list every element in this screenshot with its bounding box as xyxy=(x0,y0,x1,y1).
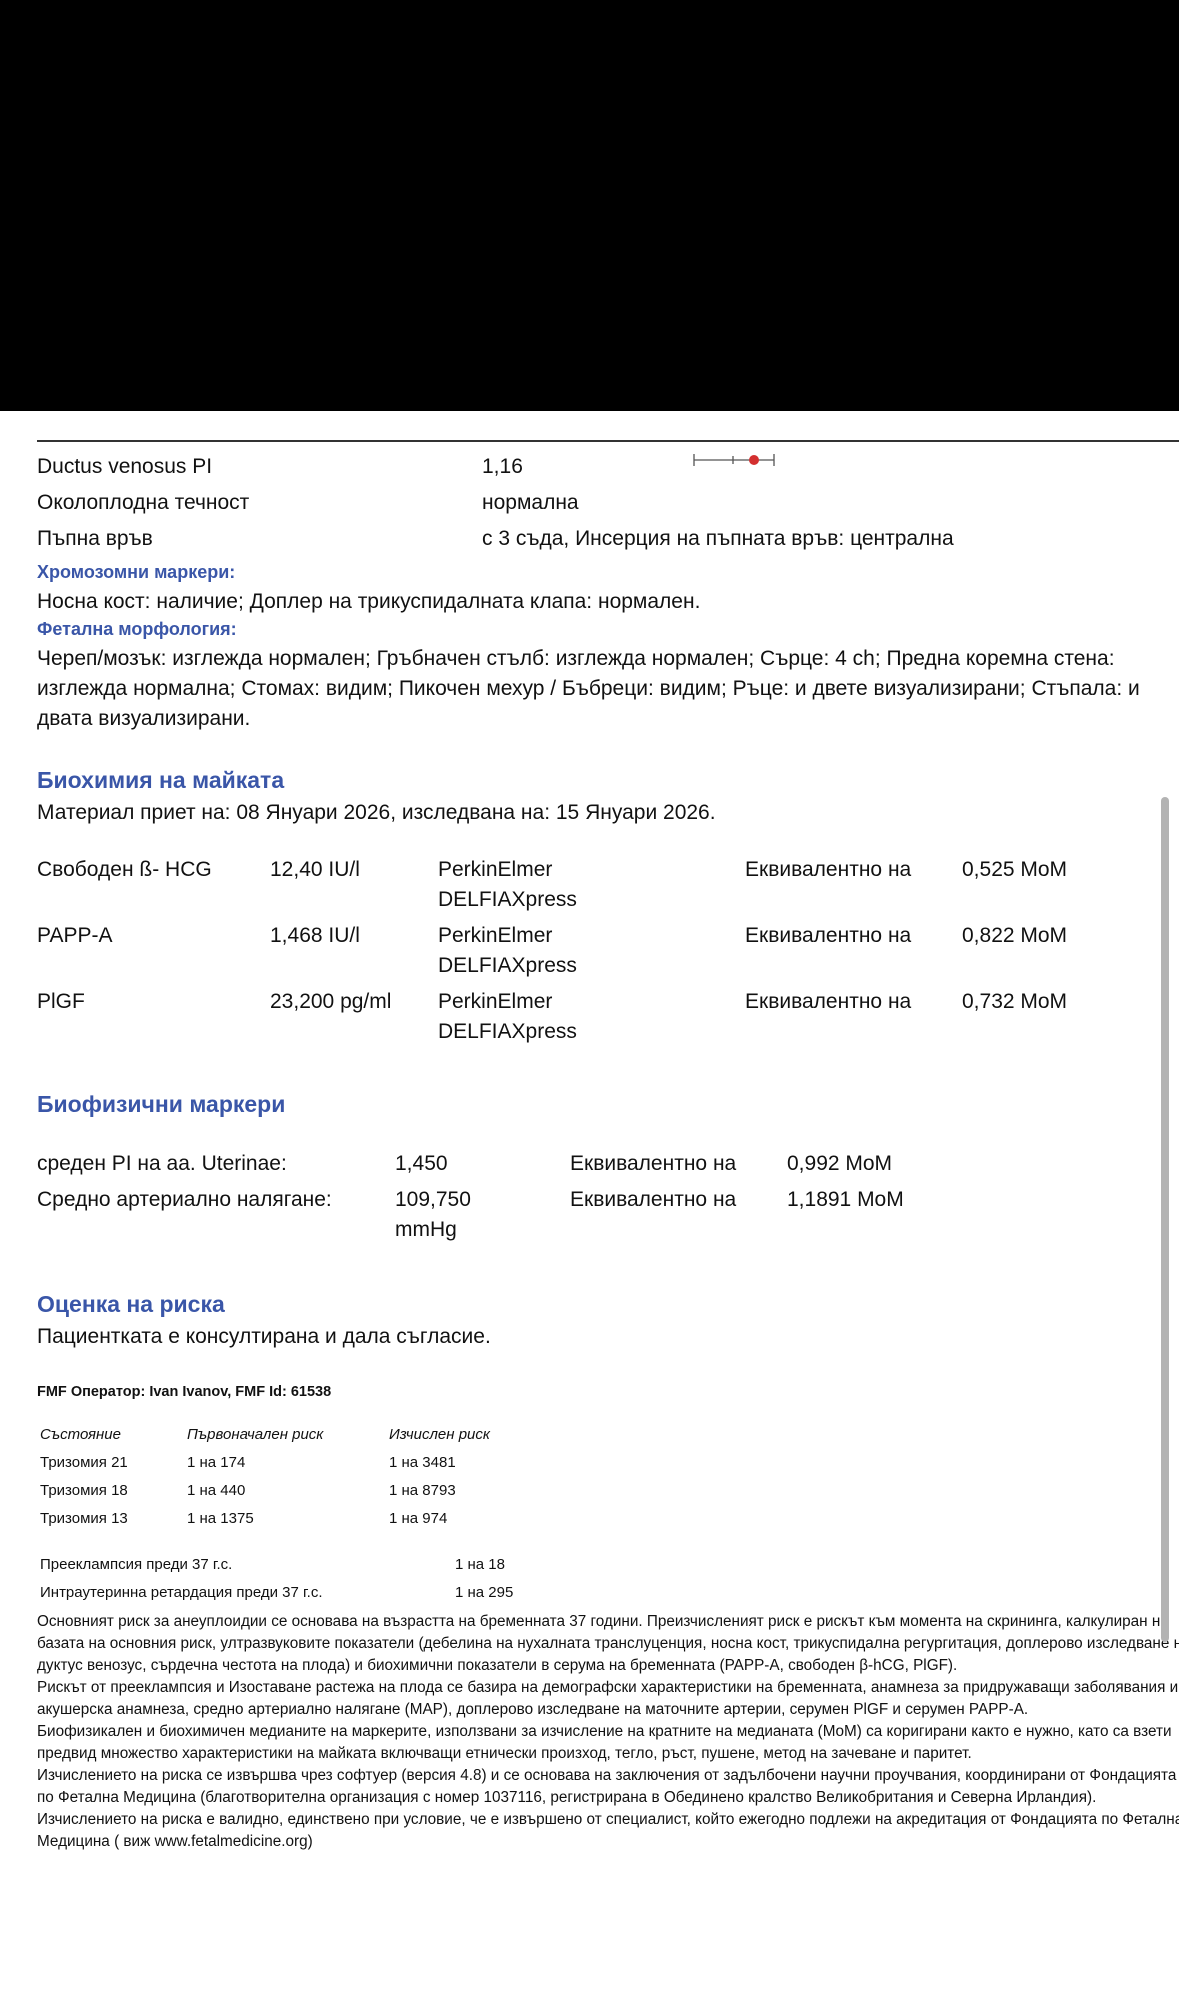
biochem-device: PerkinElmer xyxy=(438,855,552,885)
risk-initial: 1 на 1375 xyxy=(187,1508,254,1530)
biophys-value-unit: mmHg xyxy=(395,1215,457,1245)
risk-col-calculated: Изчислен риск xyxy=(389,1424,490,1446)
preeclampsia-label: Прееклампсия преди 37 г.с. xyxy=(40,1554,232,1576)
disclaimer-paragraph: Основният риск за анеуплоидии се основав… xyxy=(37,1611,1179,1677)
biochem-value: 1,468 IU/l xyxy=(270,921,360,951)
risk-calculated: 1 на 8793 xyxy=(389,1480,456,1502)
biochem-equiv-label: Еквивалентно на xyxy=(745,921,911,951)
risk-calculated: 1 на 3481 xyxy=(389,1452,456,1474)
biophys-mom: 0,992 MoM xyxy=(787,1149,892,1179)
row-value-amniotic-fluid: нормална xyxy=(482,488,579,518)
biophys-equiv-label: Еквивалентно на xyxy=(570,1185,736,1215)
row-label-amniotic-fluid: Околоплодна течност xyxy=(37,488,249,518)
biochem-equiv-label: Еквивалентно на xyxy=(745,987,911,1017)
disclaimer-paragraph: Рискът от прееклампсия и Изоставане раст… xyxy=(37,1677,1179,1721)
biophys-label: Средно артериално налягане: xyxy=(37,1185,332,1215)
obscured-top-region xyxy=(0,0,1179,411)
maternal-biochemistry-heading: Биохимия на майката xyxy=(37,767,284,794)
biochem-mom: 0,822 MoM xyxy=(962,921,1067,951)
range-indicator-icon xyxy=(693,451,776,469)
biophys-equiv-label: Еквивалентно на xyxy=(570,1149,736,1179)
risk-initial: 1 на 174 xyxy=(187,1452,245,1474)
row-value-umbilical-cord: с 3 съда, Инсерция на пъпната връв: цент… xyxy=(482,524,954,554)
consent-text: Пациентката е консултирана и дала съглас… xyxy=(37,1322,491,1352)
biochem-marker: PlGF xyxy=(37,987,85,1017)
fetal-morphology-heading: Фетална морфология: xyxy=(37,619,237,640)
risk-col-condition: Състояние xyxy=(40,1424,121,1446)
biochem-marker: Свободен ß- HCG xyxy=(37,855,212,885)
risk-condition: Тризомия 21 xyxy=(40,1452,128,1474)
fgr-risk: 1 на 295 xyxy=(455,1582,513,1604)
biochem-marker: PAPP-A xyxy=(37,921,112,951)
fmf-operator: FMF Оператор: Ivan Ivanov, FMF Id: 61538 xyxy=(37,1381,331,1403)
risk-condition: Тризомия 18 xyxy=(40,1480,128,1502)
biochem-device-model: DELFIAXpress xyxy=(438,951,577,981)
vertical-scrollbar[interactable] xyxy=(1161,797,1169,1642)
risk-assessment-heading: Оценка на риска xyxy=(37,1291,225,1318)
section-divider xyxy=(37,440,1179,442)
biochem-device-model: DELFIAXpress xyxy=(438,885,577,915)
marker-dot-icon xyxy=(749,455,759,465)
biophys-label: среден PI на aa. Uterinae: xyxy=(37,1149,287,1179)
risk-col-initial: Първоначален риск xyxy=(187,1424,323,1446)
risk-condition: Тризомия 13 xyxy=(40,1508,128,1530)
risk-disclaimer: Основният риск за анеуплоидии се основав… xyxy=(37,1611,1179,1853)
biochem-value: 12,40 IU/l xyxy=(270,855,360,885)
biochem-device: PerkinElmer xyxy=(438,921,552,951)
fetal-morphology-text: Череп/мозък: изглежда нормален; Гръбначе… xyxy=(37,644,1179,734)
chromosomal-markers-text: Носна кост: наличие; Доплер на трикуспид… xyxy=(37,587,700,617)
chromosomal-markers-heading: Хромозомни маркери: xyxy=(37,562,235,583)
preeclampsia-risk: 1 на 18 xyxy=(455,1554,505,1576)
disclaimer-paragraph: Изчислението на риска се извършва чрез с… xyxy=(37,1765,1179,1853)
biochem-device: PerkinElmer xyxy=(438,987,552,1017)
biophys-value: 1,450 xyxy=(395,1149,448,1179)
row-value-ductus-venosus: 1,16 xyxy=(482,452,523,482)
risk-initial: 1 на 440 xyxy=(187,1480,245,1502)
fgr-label: Интраутеринна ретардация преди 37 г.с. xyxy=(40,1582,322,1604)
biochemistry-dates: Материал приет на: 08 Януари 2026, изсле… xyxy=(37,798,716,828)
biophys-mom: 1,1891 MoM xyxy=(787,1185,904,1215)
disclaimer-paragraph: Биофизикален и биохимичен медианите на м… xyxy=(37,1721,1179,1765)
biochem-value: 23,200 pg/ml xyxy=(270,987,391,1017)
biophys-value: 109,750 xyxy=(395,1185,471,1215)
risk-calculated: 1 на 974 xyxy=(389,1508,447,1530)
row-label-umbilical-cord: Пъпна връв xyxy=(37,524,153,554)
biochem-mom: 0,732 MoM xyxy=(962,987,1067,1017)
biochem-device-model: DELFIAXpress xyxy=(438,1017,577,1047)
biophysical-markers-heading: Биофизични маркери xyxy=(37,1091,285,1118)
biochem-mom: 0,525 MoM xyxy=(962,855,1067,885)
row-label-ductus-venosus: Ductus venosus PI xyxy=(37,452,212,482)
biochem-equiv-label: Еквивалентно на xyxy=(745,855,911,885)
